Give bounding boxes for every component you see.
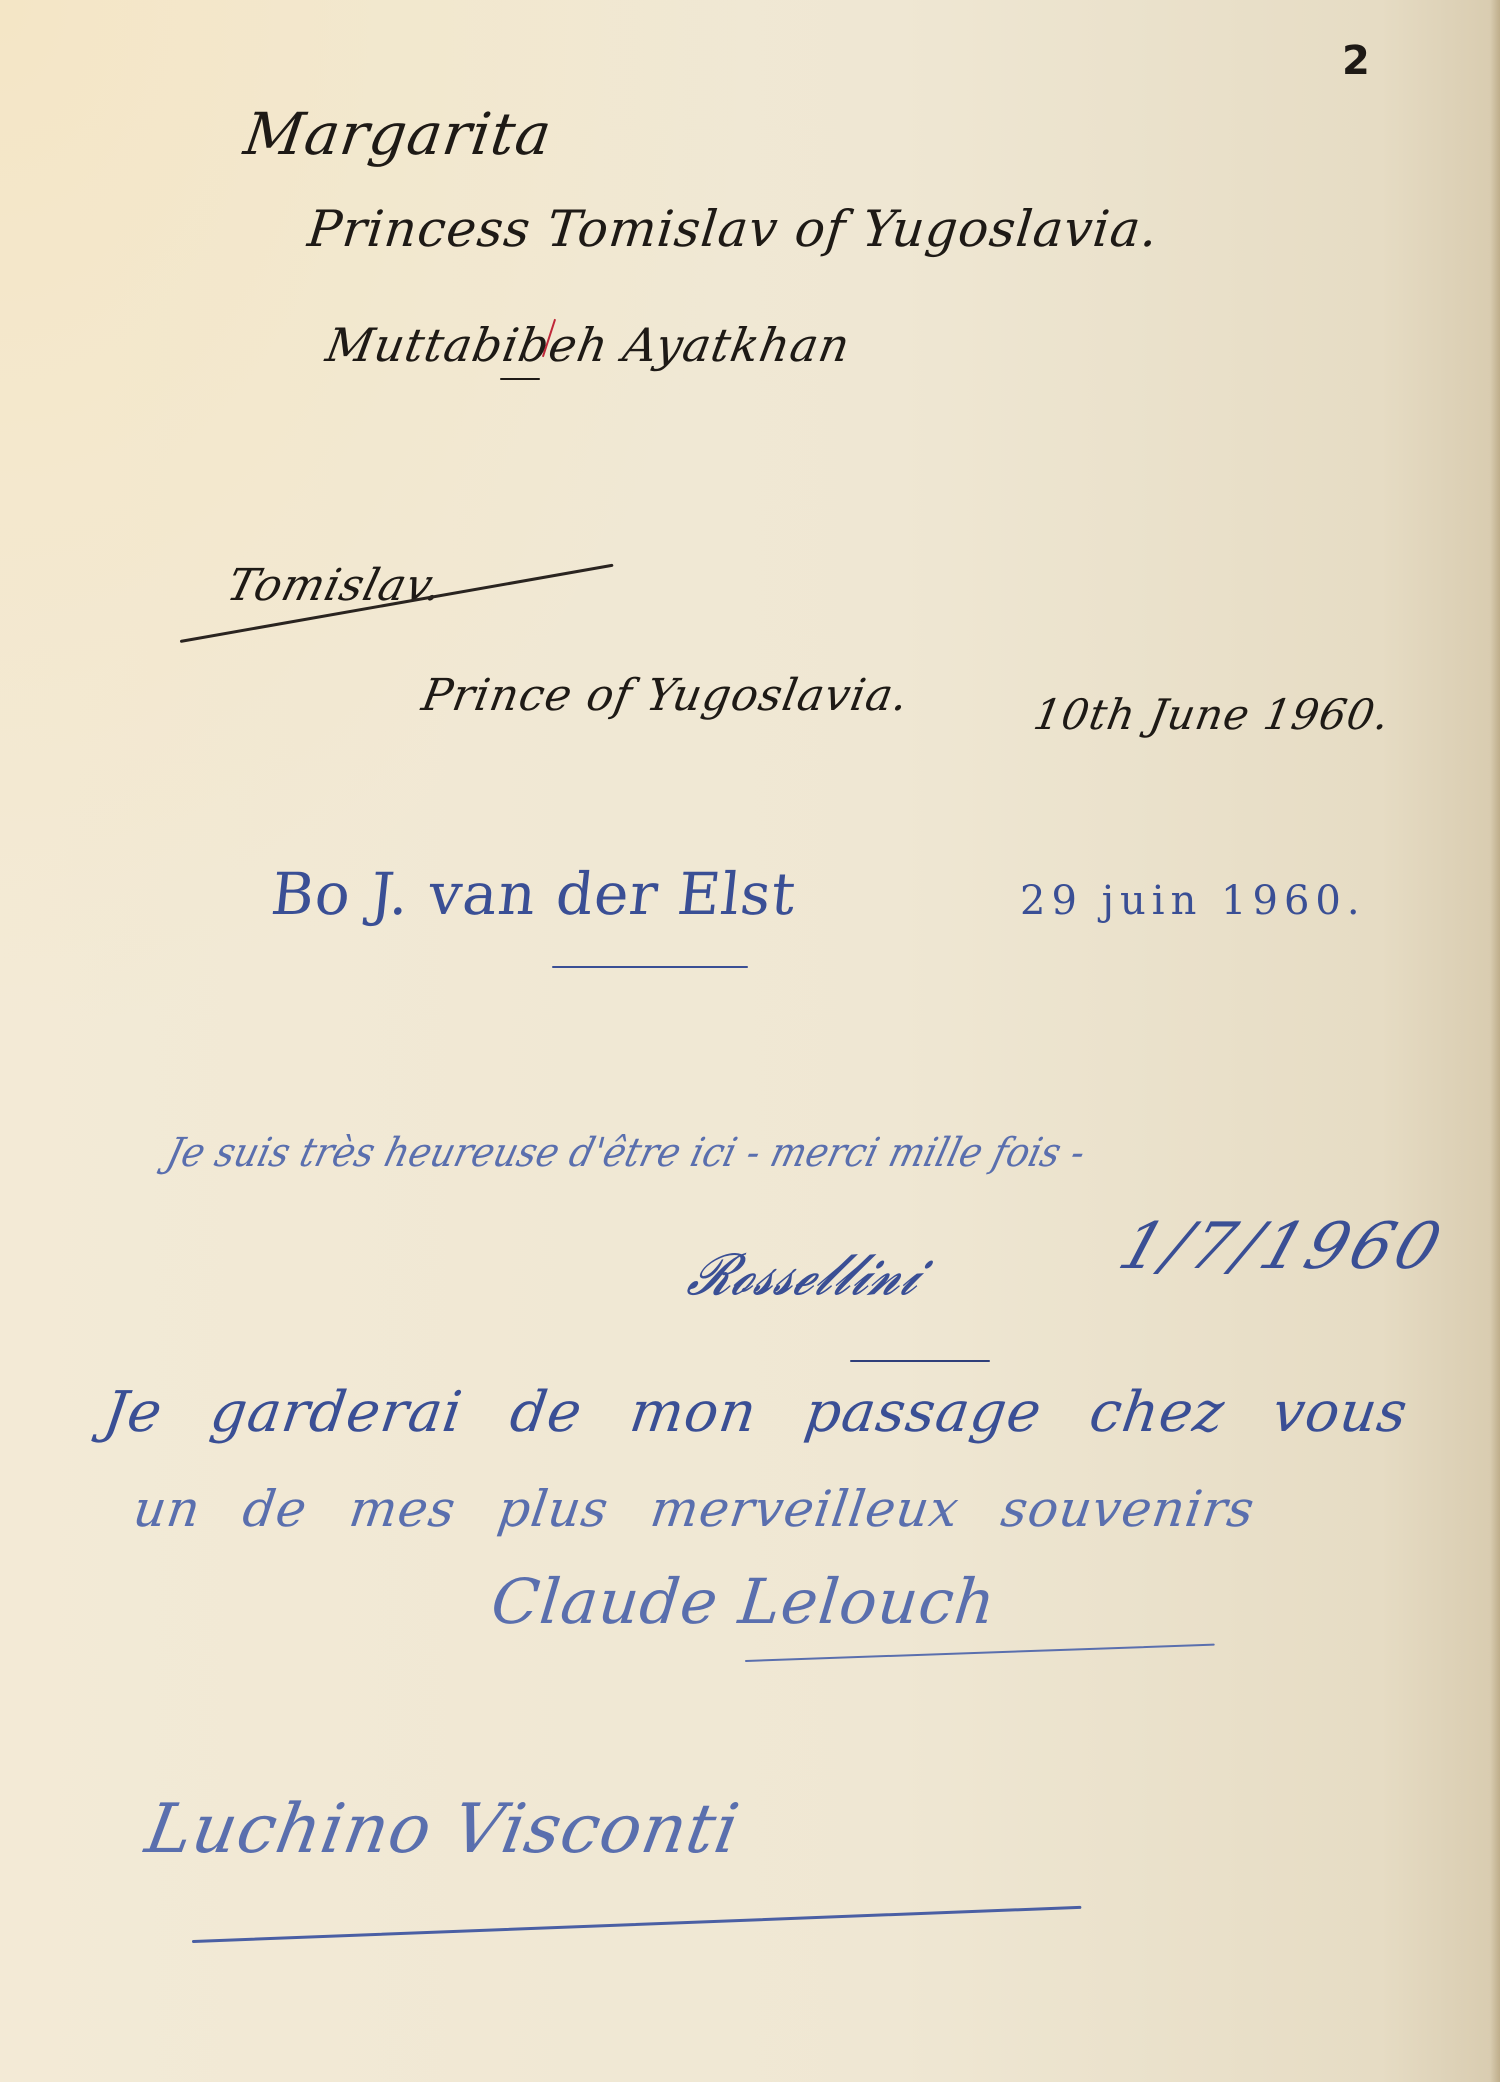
page-number: 2 bbox=[1342, 38, 1371, 84]
entry-date: 1/7/1960 bbox=[1110, 1210, 1453, 1284]
entry-date: 29 juin 1960. bbox=[1020, 878, 1366, 924]
signature-luchino-visconti: Luchino Visconti bbox=[140, 1790, 745, 1869]
underline bbox=[850, 1360, 990, 1362]
title-line: Princess Tomislav of Yugoslavia. bbox=[305, 200, 1161, 258]
entry-date: 10th June 1960. bbox=[1030, 690, 1394, 739]
signature-margarita: Margarita bbox=[240, 100, 556, 168]
signature-underline bbox=[192, 1906, 1081, 1943]
signature-underline bbox=[745, 1644, 1215, 1662]
title-prince-of-yugoslavia: Prince of Yugoslavia. bbox=[418, 670, 913, 721]
guestbook-page: 2 Margarita Princess Tomislav of Yugosla… bbox=[0, 0, 1500, 2082]
signature-illegible: 𝓡𝓸𝓼𝓼𝓮𝓵𝓵𝓲𝓷𝓲 bbox=[680, 1240, 933, 1309]
signature-claude-lelouch: Claude Lelouch bbox=[488, 1565, 1000, 1638]
signature-tomislav: Tomislav. bbox=[222, 560, 448, 611]
signature-second: Muttabibeh Ayatkhan bbox=[322, 318, 855, 372]
guest-message: Je suis très heureuse d'être ici - merci… bbox=[162, 1130, 1090, 1176]
underline bbox=[500, 378, 540, 380]
message-line-2: un de mes plus merveilleux souvenirs bbox=[130, 1480, 1258, 1538]
signature-van-der-elst: Bo J. van der Elst bbox=[268, 860, 799, 928]
message-line-1: Je garderai de mon passage chez vous bbox=[100, 1380, 1412, 1445]
underline bbox=[552, 966, 748, 968]
